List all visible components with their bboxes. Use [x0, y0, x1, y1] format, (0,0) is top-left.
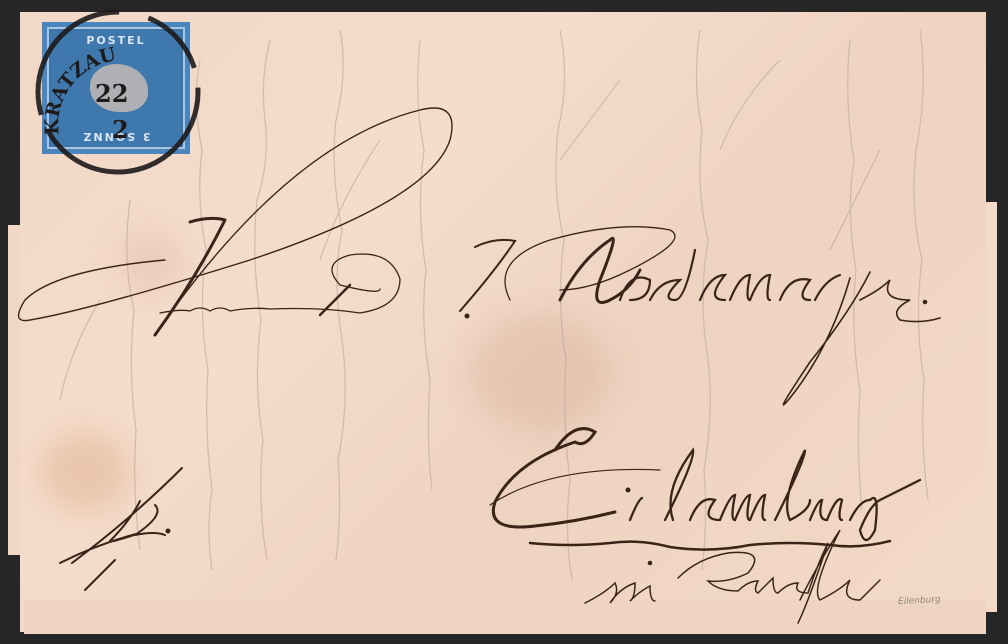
handwriting-layer: KRATZAU 22 2 — [0, 0, 1008, 644]
postmark-month: 2 — [112, 115, 129, 144]
bleed-through-script — [60, 30, 928, 580]
postmark: KRATZAU 22 2 — [38, 12, 198, 172]
postmark-day: 22 — [95, 79, 128, 108]
address-script — [19, 108, 940, 623]
